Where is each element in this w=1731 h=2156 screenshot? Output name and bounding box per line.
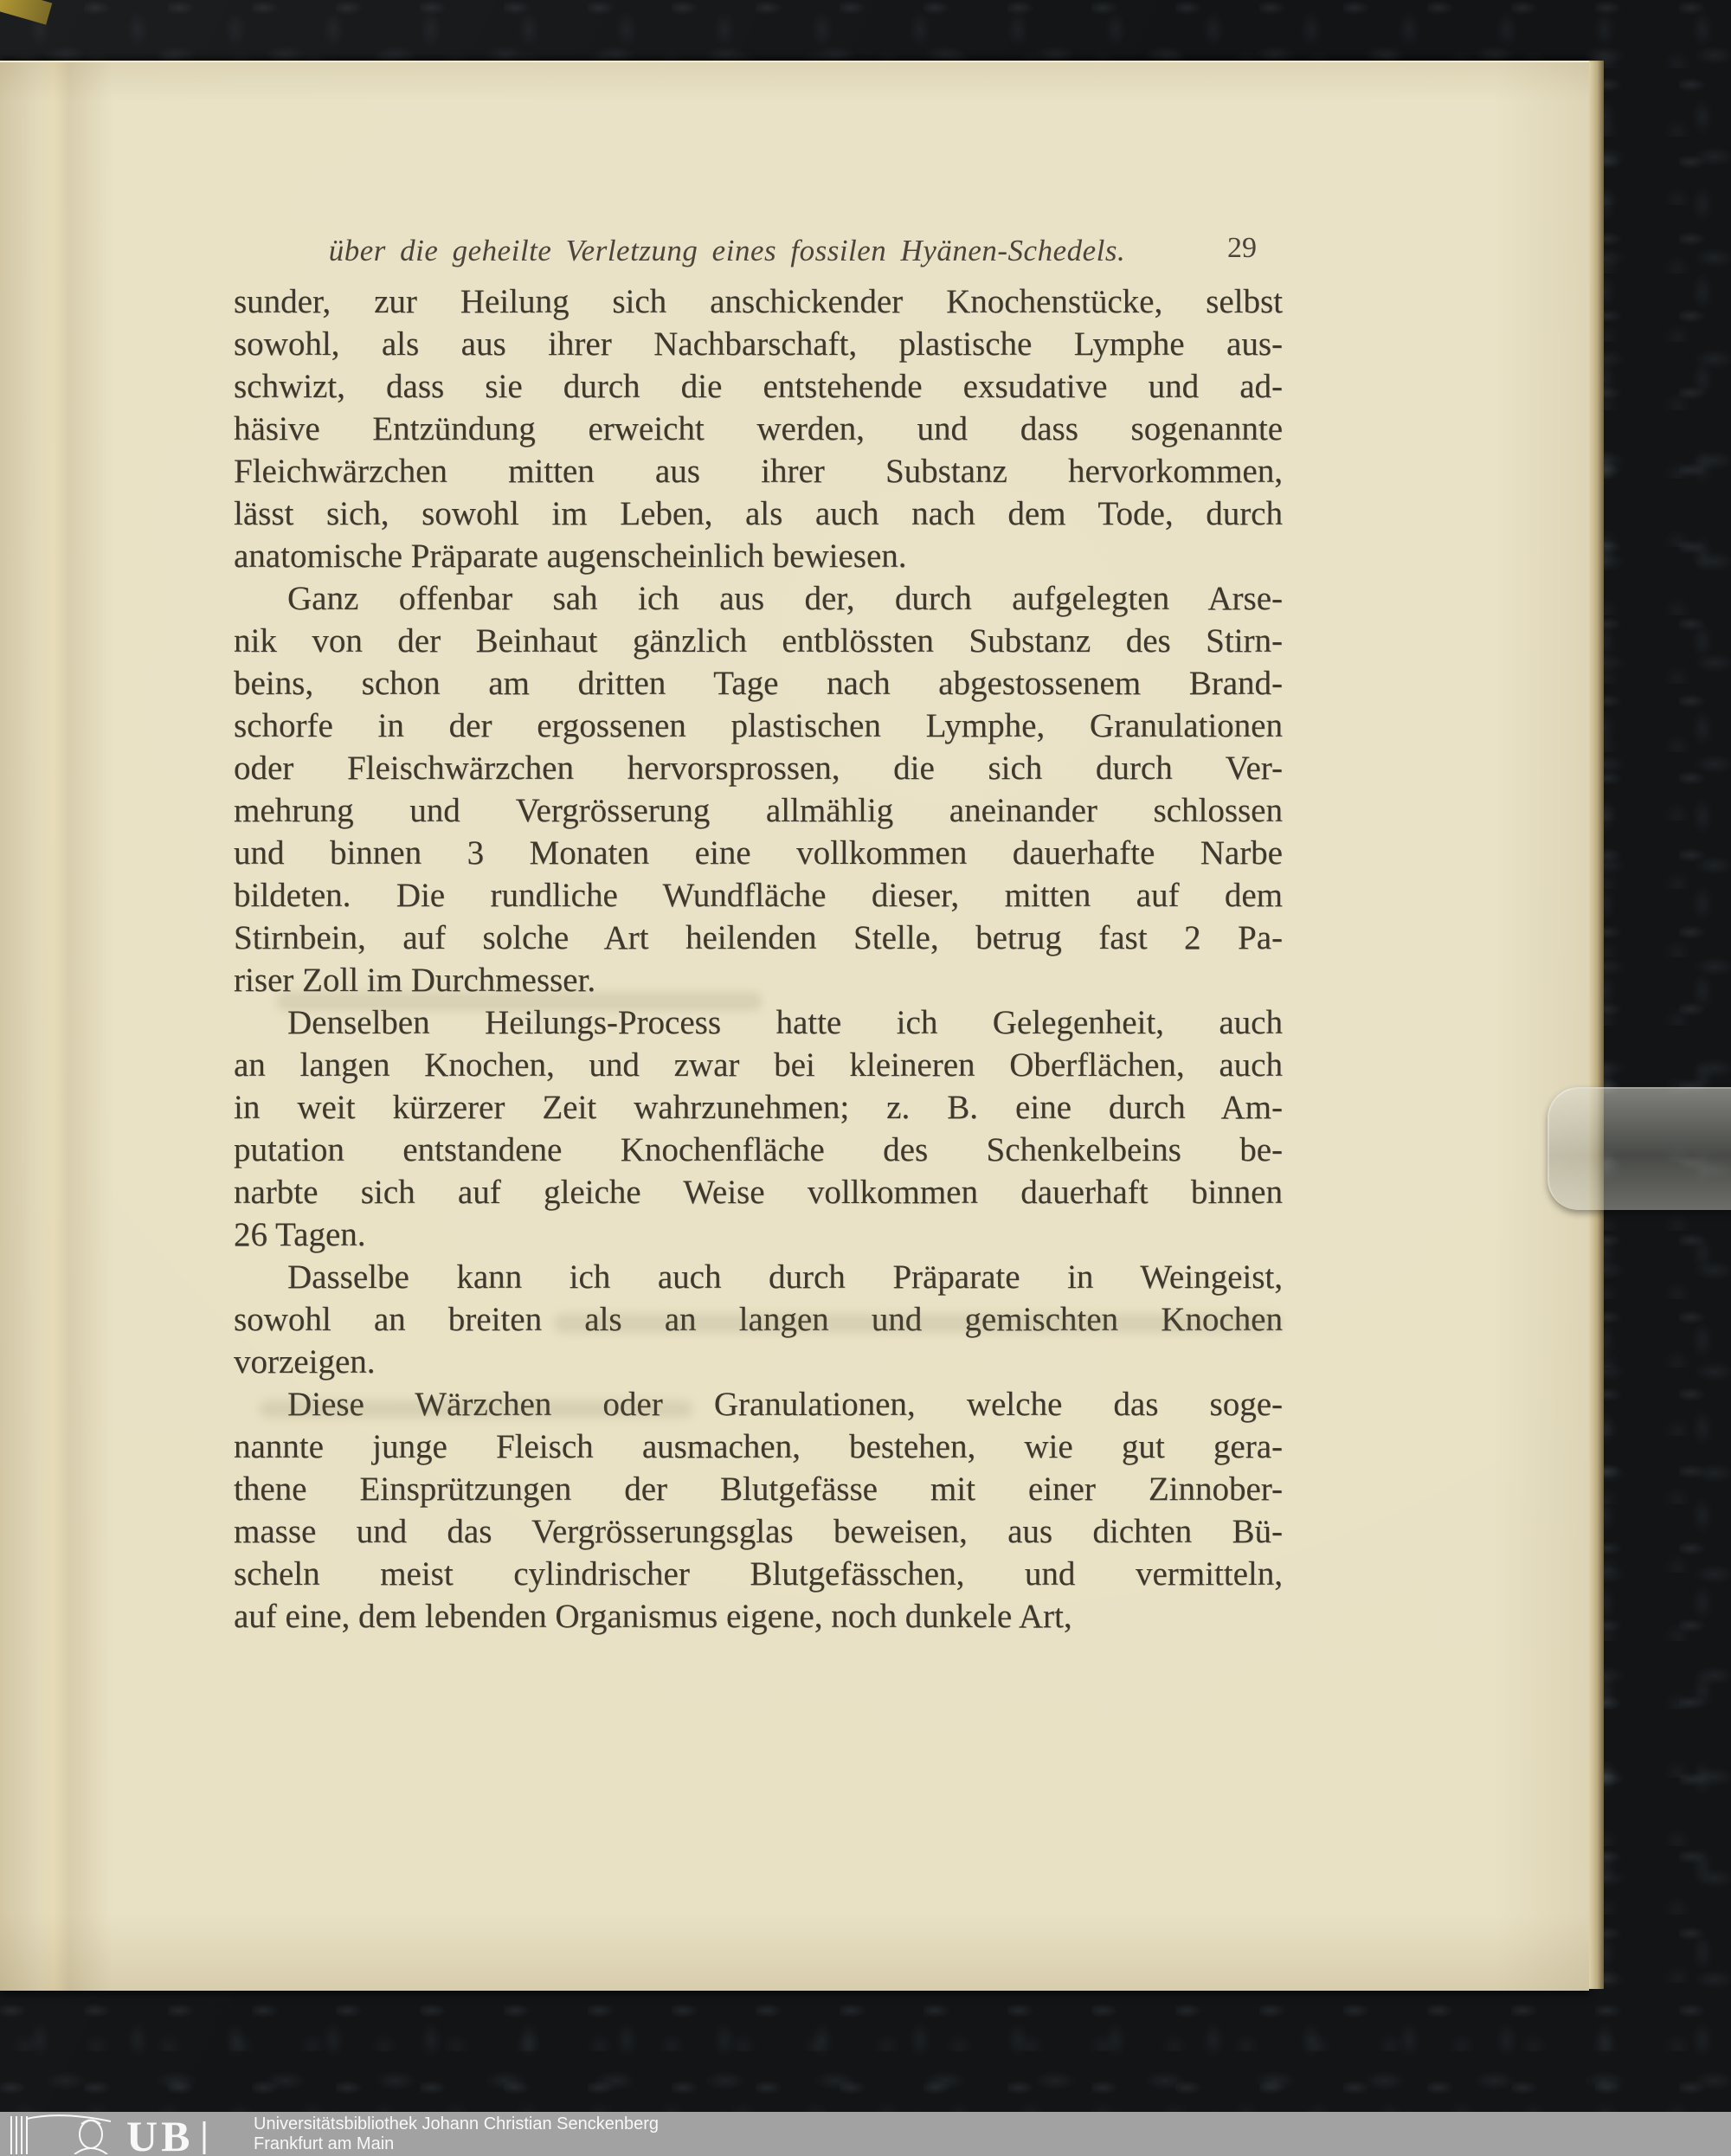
text-line: schwizt, dass sie durch die entstehende … — [234, 365, 1283, 408]
text-line: Dasselbe kann ich auch durch Präparate i… — [234, 1256, 1283, 1298]
portrait-icon — [80, 2121, 102, 2148]
page-holder-clip — [1548, 1087, 1731, 1210]
scanned-page: über die geheilte Verletzung eines fossi… — [0, 61, 1589, 1991]
text-line: nik von der Beinhaut gänzlich entblösste… — [234, 620, 1283, 662]
text-line: mehrung und Vergrösserung allmählig anei… — [234, 789, 1283, 832]
text-line: beins, schon am dritten Tage nach abgest… — [234, 662, 1283, 705]
page-stack-fore-edge — [1589, 61, 1604, 1989]
text-line: sowohl, als aus ihrer Nachbarschaft, pla… — [234, 323, 1283, 365]
text-line: und binnen 3 Monaten eine vollkommen dau… — [234, 832, 1283, 874]
text-line: nannte junge Fleisch ausmachen, bestehen… — [234, 1426, 1283, 1468]
showthrough-smudge — [277, 992, 762, 1011]
library-credit: Universitätsbibliothek Johann Christian … — [254, 2114, 659, 2154]
text-line: putation entstandene Knochenfläche des S… — [234, 1129, 1283, 1171]
running-header-title: über die geheilte Verletzung eines fossi… — [234, 228, 1220, 274]
text-line: thene Einsprützungen der Blutgefässe mit… — [234, 1468, 1283, 1510]
text-line: oder Fleischwärzchen hervorsprossen, die… — [234, 747, 1283, 789]
showthrough-smudge — [260, 1400, 692, 1418]
text-line: an langen Knochen, und zwar bei kleinere… — [234, 1044, 1283, 1086]
text-line: Fleichwärzchen mitten aus ihrer Substanz… — [234, 450, 1283, 492]
text-line: masse und das Vergrösserungsglas beweise… — [234, 1510, 1283, 1553]
text-line: bildeten. Die rundliche Wundfläche diese… — [234, 874, 1283, 917]
library-name: Universitätsbibliothek Johann Christian … — [254, 2114, 659, 2134]
text-line: anatomische Präparate augenscheinlich be… — [234, 535, 1283, 577]
scanned-book-photo: über die geheilte Verletzung eines fossi… — [0, 0, 1731, 2156]
text-line: häsive Entzündung erweicht werden, und d… — [234, 408, 1283, 450]
text-line: vorzeigen. — [234, 1341, 1283, 1383]
logo-text: UB — [126, 2114, 193, 2154]
text-line: scheln meist cylindrischer Blutgefässche… — [234, 1553, 1283, 1595]
ub-library-logo-icon: UB — [9, 2114, 216, 2154]
text-line: Stirnbein, auf solche Art heilenden Stel… — [234, 917, 1283, 959]
footer-bar: UB Universitätsbibliothek Johann Christi… — [0, 2112, 1731, 2156]
paragraph: Diese Wärzchen oder Granulationen, welch… — [234, 1383, 1283, 1638]
paragraph: Ganz offenbar sah ich aus der, durch auf… — [234, 577, 1283, 1001]
page-text-block: sunder, zur Heilung sich anschickender K… — [234, 280, 1283, 1638]
text-line: in weit kürzerer Zeit wahrzunehmen; z. B… — [234, 1086, 1283, 1129]
text-line: lässt sich, sowohl im Leben, als auch na… — [234, 492, 1283, 535]
text-line: auf eine, dem lebenden Organismus eigene… — [234, 1595, 1283, 1638]
text-line: Ganz offenbar sah ich aus der, durch auf… — [234, 577, 1283, 620]
text-line: schorfe in der ergossenen plastischen Ly… — [234, 705, 1283, 747]
library-location: Frankfurt am Main — [254, 2134, 659, 2154]
showthrough-smudge — [554, 1314, 1281, 1333]
paragraph: Denselben Heilungs-Process hatte ich Gel… — [234, 1001, 1283, 1256]
page-number: 29 — [1227, 232, 1257, 265]
text-line: narbte sich auf gleiche Weise vollkommen… — [234, 1171, 1283, 1213]
paragraph: sunder, zur Heilung sich anschickender K… — [234, 280, 1283, 577]
running-header: über die geheilte Verletzung eines fossi… — [234, 228, 1283, 274]
text-line: 26 Tagen. — [234, 1213, 1283, 1256]
text-line: sunder, zur Heilung sich anschickender K… — [234, 280, 1283, 323]
